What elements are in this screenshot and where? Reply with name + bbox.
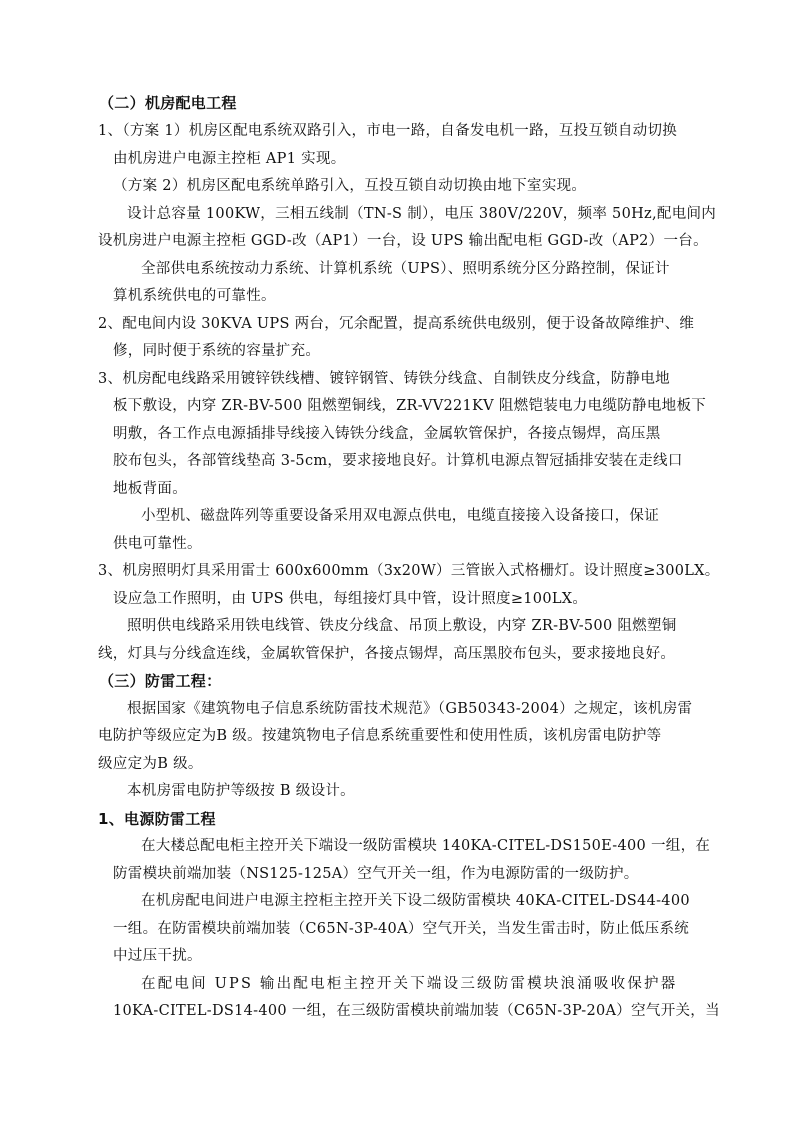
paragraph-line: 设计总容量 100KW，三相五线制（TN-S 制），电压 380V/220V，频…	[127, 204, 716, 224]
paragraph-line: 根据国家《建筑物电子信息系统防雷技术规范》（GB50343-2004）之规定，该…	[127, 699, 692, 719]
paragraph-line: 1、（方案 1）机房区配电系统双路引入，市电一路，自备发电机一路，互投互锁自动切…	[98, 121, 677, 141]
paragraph-line: 级应定为B 级。	[98, 754, 203, 774]
paragraph-line: 修，同时便于系统的容量扩充。	[113, 341, 320, 361]
paragraph-line: 线，灯具与分线盒连线，金属软管保护，各接点锡焊，高压黑胶布包头，要求接地良好。	[98, 644, 675, 664]
paragraph-line: 板下敷设，内穿 ZR-BV-500 阻燃塑铜线，ZR-VV221KV 阻燃铠装电…	[113, 396, 706, 416]
paragraph-line: 一组。在防雷模块前端加装（C65N-3P-40A）空气开关，当发生雷击时，防止低…	[113, 919, 689, 939]
paragraph-line: 本机房雷电防护等级按 B 级设计。	[127, 781, 355, 801]
paragraph-line: 地板背面。	[113, 479, 187, 499]
document-page: （二）机房配电工程 1、（方案 1）机房区配电系统双路引入，市电一路，自备发电机…	[0, 0, 793, 1122]
paragraph-line: 防雷模块前端加装（NS125-125A）空气开关一组，作为电源防雷的一级防护。	[113, 864, 639, 884]
section-heading-power-distribution: （二）机房配电工程	[99, 93, 237, 113]
paragraph-line: 10KA-CITEL-DS14-400 一组，在三级防雷模块前端加装（C65N-…	[113, 1001, 720, 1021]
paragraph-line: 全部供电系统按动力系统、计算机系统（UPS）、照明系统分区分路控制，保证计	[141, 259, 670, 279]
paragraph-line: 算机系统供电的可靠性。	[113, 286, 276, 306]
paragraph-line: 设机房进户电源主控柜 GGD-改（AP1）一台，设 UPS 输出配电柜 GGD-…	[98, 231, 708, 251]
paragraph-line: 在大楼总配电柜主控开关下端设一级防雷模块 140KA-CITEL-DS150E-…	[141, 836, 710, 856]
paragraph-line: 3、机房照明灯具采用雷士 600x600mm（3x20W）三管嵌入式格栅灯。设计…	[98, 561, 720, 581]
paragraph-line: （方案 2）机房区配电系统单路引入，互投互锁自动切换由地下室实现。	[113, 176, 586, 196]
paragraph-line: 电防护等级应定为B 级。按建筑物电子信息系统重要性和使用性质，该机房雷电防护等	[98, 726, 661, 746]
paragraph-line: 2、配电间内设 30KVA UPS 两台，冗余配置，提高系统供电级别，便于设备故…	[98, 314, 694, 334]
paragraph-line: 设应急工作照明，由 UPS 供电，每组接灯具中管，设计照度≥100LX。	[113, 589, 587, 609]
paragraph-line: 供电可靠性。	[113, 534, 202, 554]
subsection-heading-power-lightning: 1、电源防雷工程	[98, 809, 216, 829]
paragraph-line: 由机房进户电源主控柜 AP1 实现。	[113, 149, 346, 169]
paragraph-line: 3、机房配电线路采用镀锌铁线槽、镀锌钢管、铸铁分线盒、自制铁皮分线盒，防静电地	[98, 369, 670, 389]
paragraph-line: 胶布包头，各部管线垫高 3-5cm，要求接地良好。计算机电源点智冠插排安装在走线…	[113, 451, 683, 471]
paragraph-line: 在配电间 UPS 输出配电柜主控开关下端设三级防雷模块浪涌吸收保护器	[141, 974, 677, 994]
section-heading-lightning-protection: （三）防雷工程：	[99, 671, 221, 691]
paragraph-line: 明敷，各工作点电源插排导线接入铸铁分线盒，金属软管保护，各接点锡焊，高压黑	[113, 424, 661, 444]
paragraph-line: 照明供电线路采用铁电线管、铁皮分线盒、吊顶上敷设，内穿 ZR-BV-500 阻燃…	[127, 616, 677, 636]
paragraph-line: 在机房配电间进户电源主控柜主控开关下设二级防雷模块 40KA-CITEL-DS4…	[141, 891, 690, 911]
paragraph-line: 中过压干扰。	[113, 946, 202, 966]
paragraph-line: 小型机、磁盘阵列等重要设备采用双电源点供电，电缆直接接入设备接口，保证	[141, 506, 659, 526]
